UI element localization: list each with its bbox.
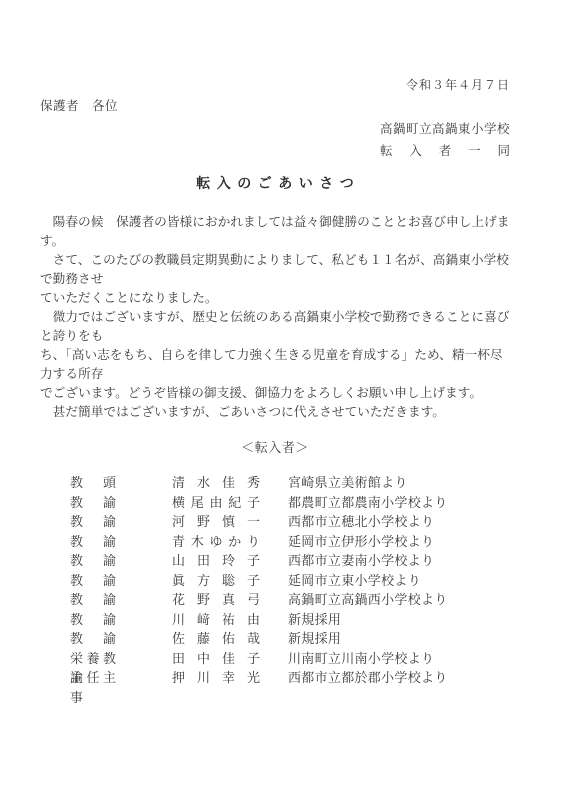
transferee-position: 教諭 [70, 551, 116, 571]
body-text-line: ていただくことになりました。 [40, 289, 510, 308]
document-date: 令和３年４月７日 [40, 78, 510, 93]
transferee-row: 主任主事 押川幸光 西都市立都於郡小学校より [40, 668, 510, 688]
transferee-name: 山田玲子 [172, 551, 260, 571]
transferee-origin: 宮崎県立美術館より [288, 473, 408, 493]
sender-organization: 高鍋町立高鍋東小学校 [380, 118, 510, 140]
transferee-row: 栄養教諭 田中佳子 川南町立川南小学校より [40, 649, 510, 669]
transferee-table: 教頭 清水佳秀 宮崎県立美術館より 教諭 横尾由紀子 都農町立都農南小学校より … [40, 473, 510, 688]
transferee-name: 田中佳子 [172, 649, 260, 669]
transferee-position: 教諭 [70, 493, 116, 513]
document-page: 令和３年４月７日 保護者 各位 高鍋町立高鍋東小学校 転入者一同 転入のごあいさ… [0, 0, 566, 800]
transferee-position: 教諭 [70, 571, 116, 591]
transferee-name: 横尾由紀子 [172, 493, 260, 513]
transferee-origin: 新規採用 [288, 610, 341, 630]
body-text-line: 微力ではございますが、歴史と伝統のある高鍋東小学校で勤務できることに喜びと誇りを… [40, 308, 510, 346]
transferee-position: 教諭 [70, 532, 116, 552]
transferee-origin: 延岡市立東小学校より [288, 571, 421, 591]
transferee-name: 眞方聡子 [172, 571, 260, 591]
body-text-line: ち、「高い志をもち、自らを律して力強く生きる児童を育成する」ため、精一杯尽力する… [40, 346, 510, 384]
transferee-name: 清水佳秀 [172, 473, 260, 493]
transferee-origin: 西都市立妻南小学校より [288, 551, 434, 571]
transferee-position: 主任主事 [70, 668, 116, 707]
transferee-name: 佐藤佑哉 [172, 629, 260, 649]
transferee-row: 教諭 山田玲子 西都市立妻南小学校より [40, 551, 510, 571]
body-text-line: 陽春の候 保護者の皆様におかれましては益々御健勝のこととお喜び申し上げます。 [40, 213, 510, 251]
transferee-position: 教諭 [70, 590, 116, 610]
transferee-origin: 高鍋町立高鍋西小学校より [288, 590, 448, 610]
transferee-row: 教諭 川﨑祐由 新規採用 [40, 610, 510, 630]
transferee-origin: 西都市立穂北小学校より [288, 512, 434, 532]
transferee-position: 教諭 [70, 610, 116, 630]
transferee-name: 河野慎一 [172, 512, 260, 532]
transferee-row: 教諭 花野真弓 高鍋町立高鍋西小学校より [40, 590, 510, 610]
body-text-line: でございます。どうぞ皆様の御支援、御協力をよろしくお願い申し上げます。 [40, 384, 510, 403]
transferee-name: 押川幸光 [172, 668, 260, 688]
document-title: 転入のごあいさつ [40, 176, 510, 193]
transferee-name: 青木ゆかり [172, 532, 260, 552]
transferee-list-heading: ＜転入者＞ [40, 440, 510, 456]
transferee-row: 教諭 佐藤佑哉 新規採用 [40, 629, 510, 649]
transferee-row: 教頭 清水佳秀 宮崎県立美術館より [40, 473, 510, 493]
transferee-row: 教諭 横尾由紀子 都農町立都農南小学校より [40, 493, 510, 513]
transferee-origin: 新規採用 [288, 629, 341, 649]
transferee-row: 教諭 青木ゆかり 延岡市立伊形小学校より [40, 532, 510, 552]
body-text: 陽春の候 保護者の皆様におかれましては益々御健勝のこととお喜び申し上げます。 さ… [40, 213, 510, 422]
transferee-row: 教諭 眞方聡子 延岡市立東小学校より [40, 571, 510, 591]
transferee-row: 教諭 河野慎一 西都市立穂北小学校より [40, 512, 510, 532]
transferee-origin: 川南町立川南小学校より [288, 649, 434, 669]
transferee-origin: 延岡市立伊形小学校より [288, 532, 434, 552]
recipient-line: 保護者 各位 [40, 99, 510, 114]
body-text-line: さて、このたびの教職員定期異動によりまして、私ども１１名が、高鍋東小学校で勤務さ… [40, 251, 510, 289]
transferee-position: 教諭 [70, 512, 116, 532]
sender-block: 高鍋町立高鍋東小学校 転入者一同 [40, 118, 510, 162]
sender-group: 転入者一同 [380, 140, 510, 162]
transferee-name: 川﨑祐由 [172, 610, 260, 630]
body-text-line: 甚だ簡単ではございますが、ごあいさつに代えさせていただきます。 [40, 403, 510, 422]
sender-inner: 高鍋町立高鍋東小学校 転入者一同 [380, 118, 510, 162]
transferee-name: 花野真弓 [172, 590, 260, 610]
transferee-origin: 西都市立都於郡小学校より [288, 668, 448, 688]
transferee-origin: 都農町立都農南小学校より [288, 493, 448, 513]
transferee-position: 教諭 [70, 629, 116, 649]
transferee-position: 教頭 [70, 473, 116, 493]
